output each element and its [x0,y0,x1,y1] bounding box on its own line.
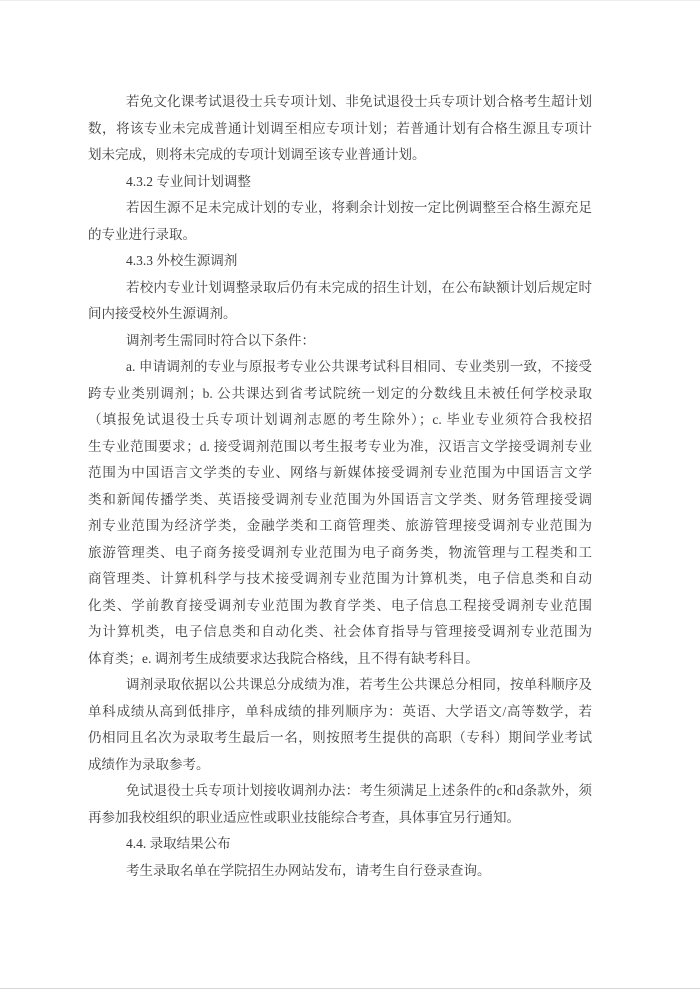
para-special-plan-adjustment: 若免文化课考试退役士兵专项计划、非免试退役士兵专项计划合格考生超计划数，将该专业… [88,89,592,169]
text-line: a. 申请调剂的专业与原报考专业公共课考试科目相同、专业类别一致，不接受 [88,354,592,381]
para-external-transfer-intro: 若校内专业计划调整录取后仍有未完成的招生计划，在公布缺额计划后规定时间内接受校外… [88,275,592,328]
para-transfer-admission-basis: 调剂录取依据以公共课总分成绩为准，若考生公共课总分相同，按单科顺序及单科成绩从高… [88,672,592,778]
heading-4-4: 4.4. 录取结果公布 [88,831,592,858]
text-line: 体育类；e. 调剂考生成绩要求达我院合格线，且不得有缺考科目。 [88,646,592,673]
heading-4-3-3: 4.3.3 外校生源调剂 [88,248,592,275]
text-line: 旅游管理类、电子商务接受调剂专业范围为电子商务类，物流管理与工程类和工 [88,540,592,567]
para-transfer-conditions-lead: 调剂考生需同时符合以下条件： [88,328,592,355]
text-line: 类和新闻传播学类、英语接受调剂专业范围为外国语言文学类、财务管理接受调 [88,487,592,514]
text-line: 仍相同且名次为录取考生最后一名，则按照考生提供的高职（专科）期间学业考试 [88,725,592,752]
text-line: 跨专业类别调剂；b. 公共课达到省考试院统一划定的分数线且未被任何学校录取 [88,381,592,408]
text-line: 若因生源不足未完成计划的专业，将剩余计划按一定比例调整至合格生源充足 [88,195,592,222]
text-line: 成绩作为录取参考。 [88,752,592,779]
text-line: 为计算机类，电子信息类和自动化类、社会体育指导与管理接受调剂专业范围为 [88,619,592,646]
text-line: 商管理类、计算机科学与技术接受调剂专业范围为计算机类，电子信息类和自动 [88,566,592,593]
text-line: 间内接受校外生源调剂。 [88,301,592,328]
text-line: 的专业进行录取。 [88,222,592,249]
text-line: 化类、学前教育接受调剂专业范围为教育学类、电子信息工程接受调剂专业范围 [88,593,592,620]
text-line: 剂专业范围为经济学类，金融学类和工商管理类、旅游管理接受调剂专业范围为 [88,513,592,540]
para-exempt-veteran-transfer-method: 免试退役士兵专项计划接收调剂办法：考生须满足上述条件的c和d条款外，须再参加我校… [88,778,592,831]
text-line: 4.3.3 外校生源调剂 [88,248,592,275]
document-body: 若免文化课考试退役士兵专项计划、非免试退役士兵专项计划合格考生超计划数，将该专业… [88,89,592,884]
text-line: 数，将该专业未完成普通计划调至相应专项计划；若普通计划有合格生源且专项计 [88,116,592,143]
text-line: 调剂考生需同时符合以下条件： [88,328,592,355]
text-line: 再参加我校组织的职业适应性或职业技能综合考查，具体事宜另行通知。 [88,805,592,832]
text-line: 若免文化课考试退役士兵专项计划、非免试退役士兵专项计划合格考生超计划 [88,89,592,116]
para-result-announcement: 考生录取名单在学院招生办网站发布，请考生自行登录查询。 [88,858,592,885]
para-inter-major-adjustment: 若因生源不足未完成计划的专业，将剩余计划按一定比例调整至合格生源充足的专业进行录… [88,195,592,248]
text-line: 生专业范围要求；d. 接受调剂范围以考生报考专业为准，汉语言文学接受调剂专业 [88,434,592,461]
text-line: 范围为中国语言文学类的专业、网络与新媒体接受调剂专业范围为中国语言文学 [88,460,592,487]
text-line: 若校内专业计划调整录取后仍有未完成的招生计划，在公布缺额计划后规定时 [88,275,592,302]
text-line: 免试退役士兵专项计划接收调剂办法：考生须满足上述条件的c和d条款外，须 [88,778,592,805]
text-line: 调剂录取依据以公共课总分成绩为准，若考生公共课总分相同，按单科顺序及 [88,672,592,699]
document-page: { "page": { "background": "#ffffff", "te… [0,0,700,989]
text-line: 考生录取名单在学院招生办网站发布，请考生自行登录查询。 [88,858,592,885]
text-line: 划未完成，则将未完成的专项计划调至该专业普通计划。 [88,142,592,169]
heading-4-3-2: 4.3.2 专业间计划调整 [88,169,592,196]
text-line: 4.4. 录取结果公布 [88,831,592,858]
page-top-edge [0,0,700,1]
text-line: 单科成绩从高到低排序，单科成绩的排列顺序为：英语、大学语文/高等数学，若 [88,699,592,726]
text-line: （填报免试退役士兵专项计划调剂志愿的考生除外）；c. 毕业专业须符合我校招 [88,407,592,434]
para-transfer-conditions-list: a. 申请调剂的专业与原报考专业公共课考试科目相同、专业类别一致，不接受跨专业类… [88,354,592,672]
text-line: 4.3.2 专业间计划调整 [88,169,592,196]
